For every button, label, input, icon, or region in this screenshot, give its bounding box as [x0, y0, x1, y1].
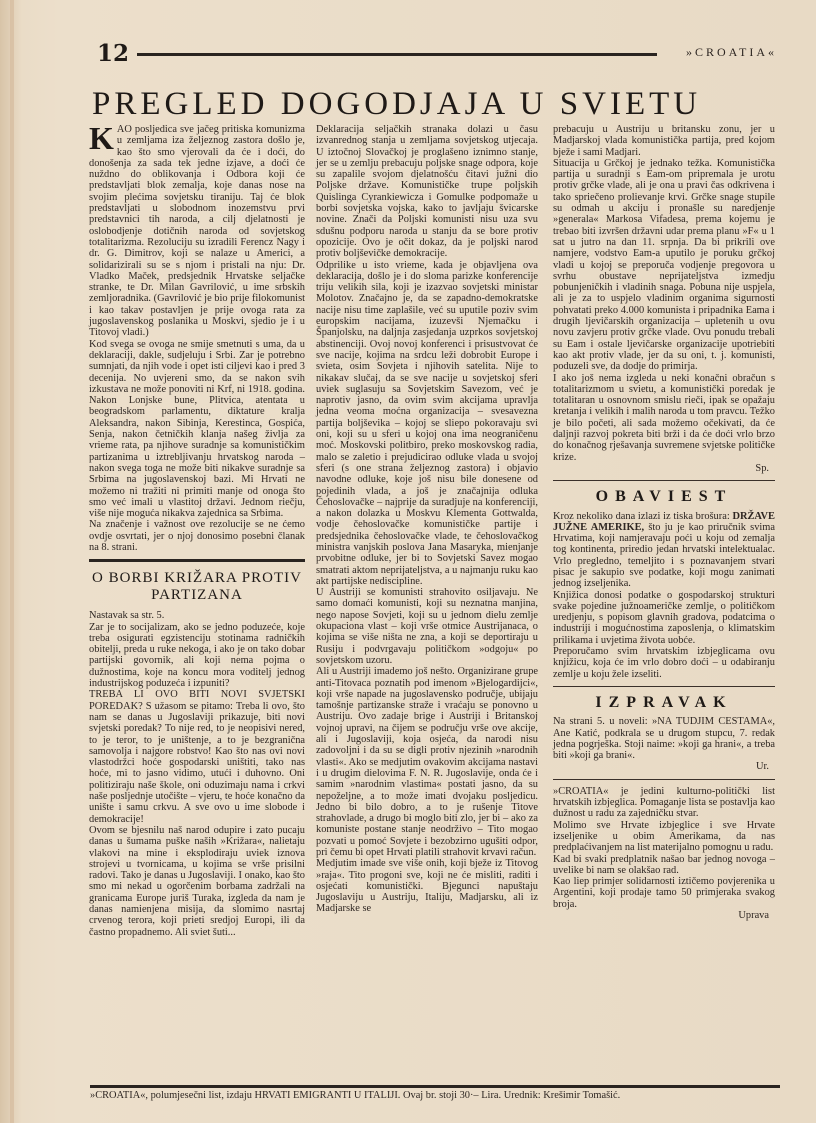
- continued-note: Nastavak sa str. 5.: [89, 610, 305, 621]
- correction-title: IZPRAVAK: [553, 697, 775, 708]
- paragraph: prebacuju u Austriju u britansku zonu, j…: [553, 124, 775, 158]
- column-2: Deklaracija seljačkih stranaka dolazi u …: [316, 124, 538, 915]
- notice-title: OBAVIEST: [553, 491, 775, 502]
- correction-signature: Ur.: [553, 761, 775, 772]
- paragraph: Medjutim imade sve više onih, koji bježe…: [316, 858, 538, 914]
- paragraph: Situacija u Grčkoj je jednako težka. Kom…: [553, 158, 775, 373]
- paragraph: Ovom se bjesnilu naš narod odupire i zat…: [89, 825, 305, 938]
- page-edge: [10, 0, 14, 1123]
- paragraph: Kod svega se ovoga ne smije smetnuti s u…: [89, 339, 305, 520]
- paragraph: I ako još nema izgleda u neki konačni ob…: [553, 373, 775, 463]
- newspaper-page: 12 »CROATIA« PREGLED DOGODJAJA U SVIETU …: [0, 0, 816, 1123]
- page-header: 12 »CROATIA«: [97, 40, 777, 64]
- notice-paragraph: Knjižica donosi podatke o gospodarskoj s…: [553, 590, 775, 646]
- drop-cap: K: [89, 125, 114, 151]
- paragraph: Deklaracija seljačkih stranaka dolazi u …: [316, 124, 538, 260]
- page-number: 12: [97, 40, 129, 67]
- paragraph: U Austriji se komunisti strahovito osilj…: [316, 587, 538, 666]
- paragraph: TREBA LI OVO BITI NOVI SVJETSKI POREDAK?…: [89, 689, 305, 825]
- header-rule: [137, 53, 657, 56]
- section-title-krizari: O BORBI KRIŽARA PROTIV PARTIZANA: [89, 570, 305, 604]
- section-divider: [553, 480, 775, 481]
- appeal-signature: Uprava: [553, 910, 775, 921]
- appeal-paragraph: Molimo sve Hrvate izbjeglice i sve Hrvat…: [553, 820, 775, 854]
- lead-paragraph: KAO posljedica sve jačeg pritiska komuni…: [89, 124, 305, 339]
- article-signature: Sp.: [553, 463, 775, 474]
- publication-name: »CROATIA«: [686, 45, 777, 60]
- appeal-paragraph: Kao liep primjer solidarnosti iztičemo p…: [553, 876, 775, 910]
- column-3: prebacuju u Austriju u britansku zonu, j…: [553, 124, 775, 921]
- section-divider: [553, 686, 775, 687]
- paragraph: Zar je to socijalizam, ako se jedno podu…: [89, 622, 305, 690]
- notice-paragraph: Preporučamo svim hrvatskim izbjeglicama …: [553, 646, 775, 680]
- correction-text: Na strani 5. u noveli: »NA TUDJIM CESTAM…: [553, 716, 775, 761]
- paragraph: Na značenje i važnost ove rezolucije se …: [89, 519, 305, 553]
- main-headline: PREGLED DOGODJAJA U SVIETU: [92, 86, 782, 123]
- imprint-footer: »CROATIA«, polumjesečni list, izdaju HRV…: [90, 1090, 780, 1101]
- column-1: KAO posljedica sve jačeg pritiska komuni…: [89, 124, 305, 938]
- appeal-paragraph: Kad bi svaki predplatnik našao bar jedno…: [553, 854, 775, 877]
- section-divider: [89, 559, 305, 562]
- appeal-paragraph: »CROATIA« je jedini kulturno-politički l…: [553, 786, 775, 820]
- footer-rule: [90, 1085, 780, 1088]
- paragraph: Odprilike u isto vrieme, kada je objavlj…: [316, 260, 538, 588]
- section-divider: [553, 779, 775, 780]
- notice-paragraph: Kroz nekoliko dana izlazi iz tiska brošu…: [553, 511, 775, 590]
- paragraph: Ali u Austriji imademo još nešto. Organi…: [316, 666, 538, 858]
